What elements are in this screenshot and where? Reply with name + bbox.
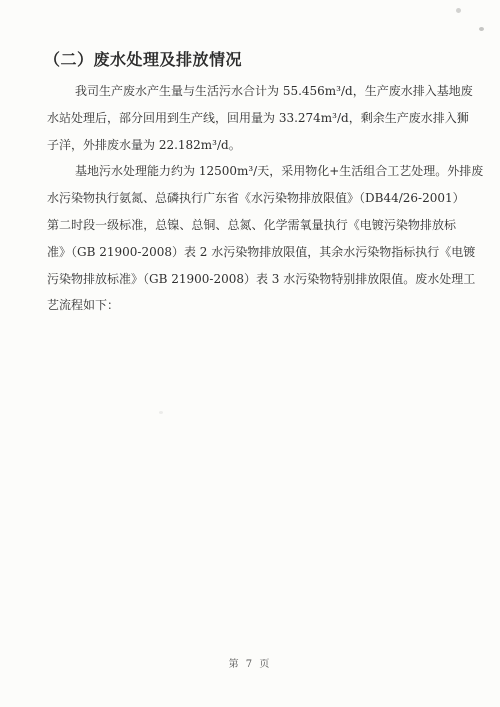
document-page: （二）废水处理及排放情况 我司生产废水产生量与生活污水合计为 55.456m³/…: [0, 0, 500, 707]
body-line: 子洋，外排废水量为 22.182m³/d。: [47, 132, 456, 159]
body-line: 我司生产废水产生量与生活污水合计为 55.456m³/d，生产废水排入基地废: [47, 78, 456, 105]
body-line: 基地污水处理能力约为 12500m³/天，采用物化+生活组合工艺处理。外排废: [47, 158, 456, 185]
body-line: 水站处理后，部分回用到生产线，回用量为 33.274m³/d，剩余生产废水排入狮: [47, 105, 456, 132]
section-heading: （二）废水处理及排放情况: [44, 47, 242, 70]
scan-speck: [456, 8, 461, 13]
body-line: 水污染物执行氨氮、总磷执行广东省《水污染物排放限值》（DB44/26-2001）: [47, 185, 456, 212]
page-number: 第 7 页: [0, 655, 500, 670]
body-line: 艺流程如下：: [47, 292, 456, 319]
scan-speck: [479, 27, 484, 31]
body-line: 准》（GB 21900-2008）表 2 水污染物排放限值，其余水污染物指标执行…: [47, 239, 456, 266]
scan-speck: [159, 411, 163, 414]
body-line: 第二时段一级标准，总镍、总铜、总氮、化学需氧量执行《电镀污染物排放标: [47, 212, 456, 239]
body-line: 污染物排放标准》（GB 21900-2008）表 3 水污染物特别排放限值。废水…: [47, 266, 456, 293]
document-body: 我司生产废水产生量与生活污水合计为 55.456m³/d，生产废水排入基地废 水…: [47, 78, 456, 319]
